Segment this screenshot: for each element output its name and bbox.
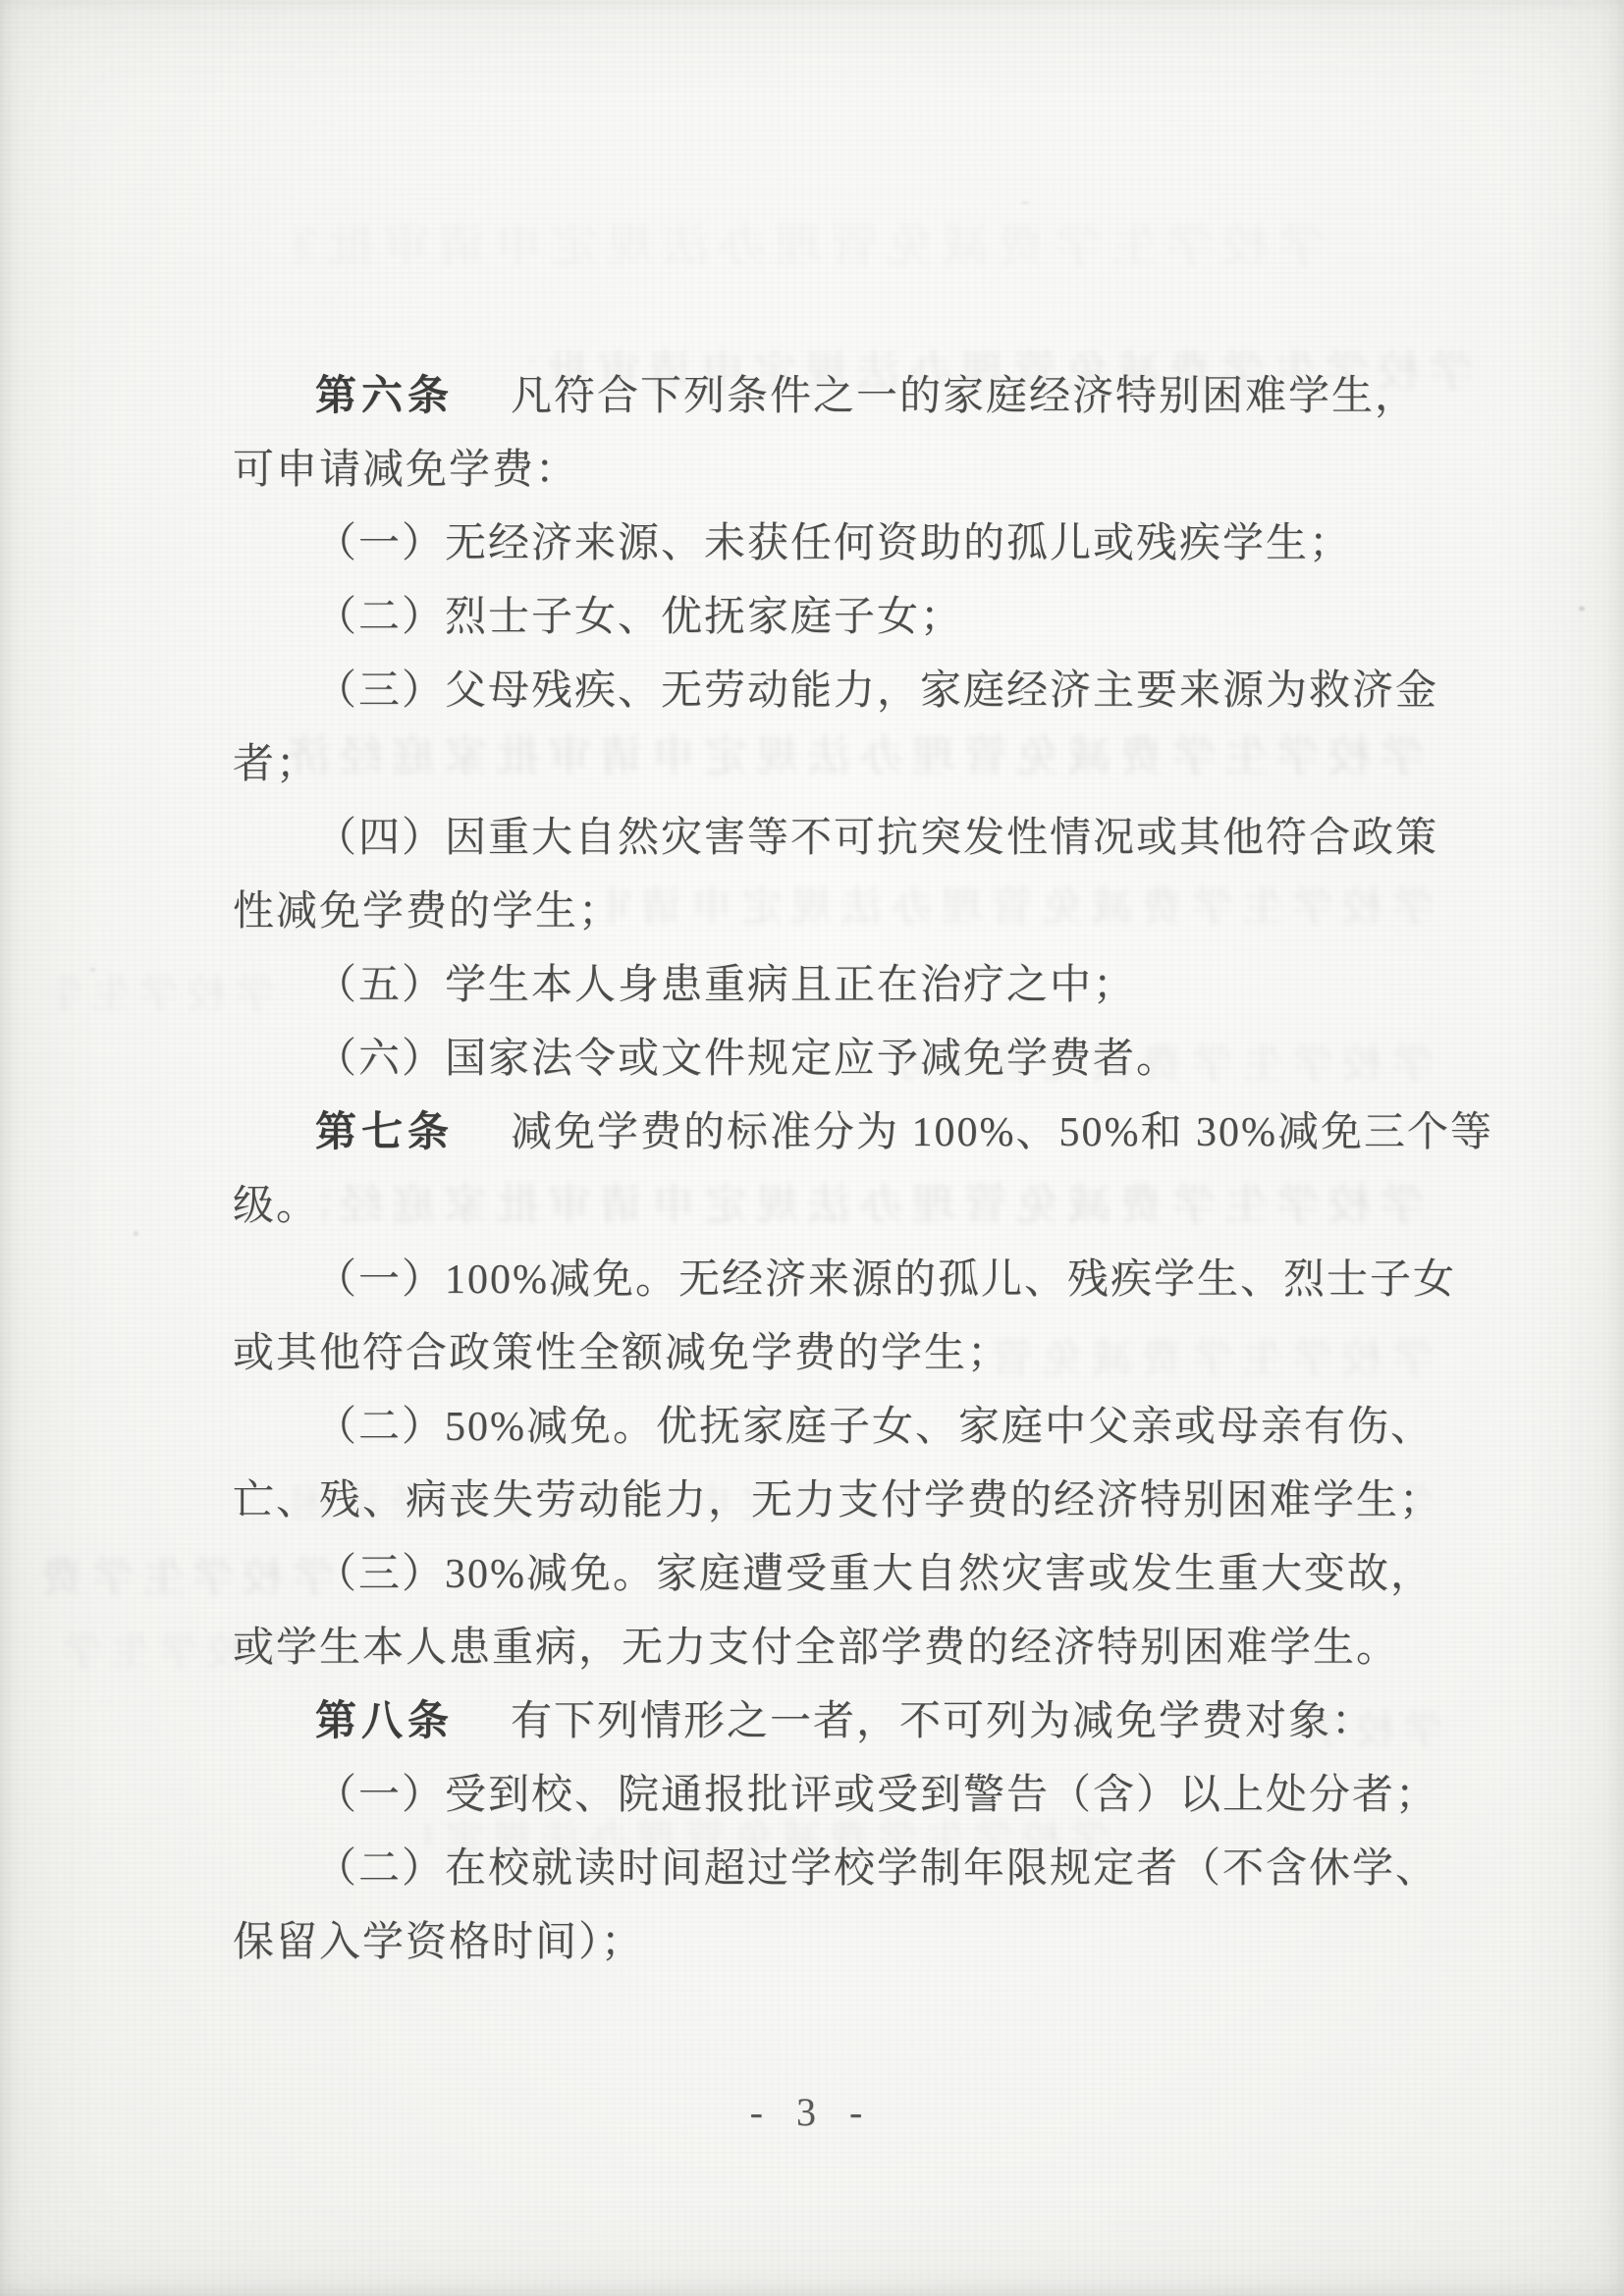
document-line: （四）因重大自然灾害等不可抗突发性情况或其他符合政策	[233, 802, 1417, 876]
document-line: 或学生本人患重病，无力支付全部学费的经济特别困难学生。	[233, 1612, 1417, 1685]
line-text: 性减免学费的学生；	[233, 889, 622, 934]
line-text: 有下列情形之一者，不可列为减免学费对象：	[511, 1699, 1375, 1744]
article-number: 第八条	[315, 1699, 454, 1744]
line-text: 亡、残、病丧失劳动能力，无力支付学费的经济特别困难学生；	[233, 1478, 1442, 1523]
document-line: 级。	[233, 1170, 1417, 1244]
bleedthrough-band: 学校学生学费减免管理办法规定申请审批家庭经济困难认定条件程序评审学院资助学年学制…	[295, 224, 1326, 269]
article-number: 第六条	[315, 374, 454, 419]
document-line: （一）无经济来源、未获任何资助的孤儿或残疾学生；	[233, 507, 1417, 581]
document-line: 可申请减免学费：	[233, 434, 1417, 507]
line-text: （四）因重大自然灾害等不可抗突发性情况或其他符合政策	[315, 816, 1438, 861]
line-text: （三）30%减免。家庭遭受重大自然灾害或发生重大变故，	[315, 1552, 1434, 1597]
document-line: 或其他符合政策性全额减免学费的学生；	[233, 1317, 1417, 1391]
document-line: 第八条有下列情形之一者，不可列为减免学费对象：	[233, 1685, 1417, 1759]
article-number: 第七条	[315, 1110, 454, 1155]
document-line: （二）50%减免。优抚家庭子女、家庭中父亲或母亲有伤、	[233, 1391, 1417, 1465]
document-line: 第六条凡符合下列条件之一的家庭经济特别困难学生，	[233, 360, 1417, 434]
line-text: 减免学费的标准分为 100%、50%和 30%减免三个等	[511, 1110, 1493, 1155]
scanned-document-page: 学校学生学费减免管理办法规定申请审批家庭经济困难认定条件程序评审学院资助学年学制…	[0, 0, 1624, 2296]
document-body: 第六条凡符合下列条件之一的家庭经济特别困难学生， 可申请减免学费： （一）无经济…	[233, 360, 1417, 1980]
line-text: （二）在校就读时间超过学校学制年限规定者（不含休学、	[315, 1846, 1438, 1892]
document-line: （三）30%减免。家庭遭受重大自然灾害或发生重大变故，	[233, 1538, 1417, 1612]
line-text: 者；	[233, 742, 319, 787]
document-line: （二）烈士子女、优抚家庭子女；	[233, 581, 1417, 655]
scan-speck	[1021, 201, 1029, 204]
document-line: （一）受到校、院通报批评或受到警告（含）以上处分者；	[233, 1759, 1417, 1833]
line-text: （六）国家法令或文件规定应予减免学费者。	[315, 1037, 1179, 1082]
line-text: 或其他符合政策性全额减免学费的学生；	[233, 1331, 1010, 1376]
document-line: （六）国家法令或文件规定应予减免学费者。	[233, 1023, 1417, 1096]
line-text: （一）无经济来源、未获任何资助的孤儿或残疾学生；	[315, 521, 1352, 566]
scan-speck	[1579, 607, 1585, 611]
line-text: （三）父母残疾、无劳动能力，家庭经济主要来源为救济金	[315, 668, 1438, 714]
document-line: （五）学生本人身患重病且正在治疗之中；	[233, 949, 1417, 1023]
line-text: （一）100%减免。无经济来源的孤儿、残疾学生、烈士子女	[315, 1257, 1456, 1303]
line-text: （二）50%减免。优抚家庭子女、家庭中父亲或母亲有伤、	[315, 1405, 1434, 1450]
document-line: 者；	[233, 728, 1417, 802]
line-text: 保留入学资格时间）；	[233, 1920, 644, 1965]
document-line: 保留入学资格时间）；	[233, 1906, 1417, 1980]
document-line: 性减免学费的学生；	[233, 876, 1417, 949]
line-text: （五）学生本人身患重病且正在治疗之中；	[315, 963, 1136, 1008]
line-text: 级。	[233, 1184, 319, 1229]
page-number: - 3 -	[0, 2089, 1624, 2136]
line-text: 凡符合下列条件之一的家庭经济特别困难学生，	[511, 374, 1418, 419]
document-line: （三）父母残疾、无劳动能力，家庭经济主要来源为救济金	[233, 655, 1417, 728]
line-text: 可申请减免学费：	[233, 448, 578, 493]
line-text: 或学生本人患重病，无力支付全部学费的经济特别困难学生。	[233, 1626, 1399, 1671]
line-text: （一）受到校、院通报批评或受到警告（含）以上处分者；	[315, 1773, 1438, 1818]
document-line: 亡、残、病丧失劳动能力，无力支付学费的经济特别困难学生；	[233, 1465, 1417, 1538]
document-line: （一）100%减免。无经济来源的孤儿、残疾学生、烈士子女	[233, 1244, 1417, 1317]
document-line: 第七条减免学费的标准分为 100%、50%和 30%减免三个等	[233, 1096, 1417, 1170]
scan-speck	[90, 968, 95, 972]
scan-speck	[134, 1231, 138, 1236]
line-text: （二）烈士子女、优抚家庭子女；	[315, 595, 963, 640]
document-line: （二）在校就读时间超过学校学制年限规定者（不含休学、	[233, 1833, 1417, 1906]
